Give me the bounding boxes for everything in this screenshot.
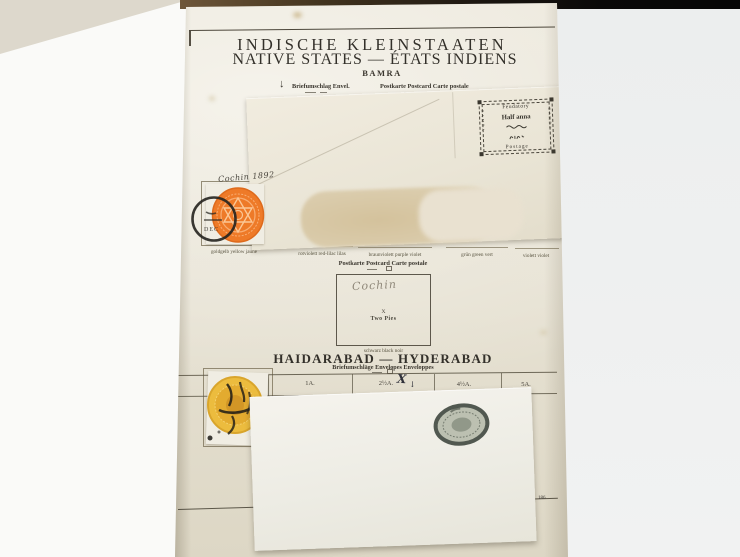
stamp-box-text: Feudatory Half anna Postage (486, 103, 548, 151)
color-caption: braunviolett purple violet (355, 252, 435, 258)
card-value-label: Two Pies (336, 316, 431, 322)
stamp-box-side-text: BAMRA (480, 110, 485, 133)
color-caption: rotviolett red-lilac lilas (287, 251, 357, 257)
stamp-box-line2: Half anna (502, 113, 531, 121)
handwritten-x-mark: X (397, 372, 407, 387)
stamp-box-bottom-line (446, 247, 508, 248)
stamp-box-bottom-line (358, 247, 432, 248)
printed-stamp-box: BAMRA BAMRA Feudatory Half anna Postage (478, 98, 554, 155)
frame-corner (477, 100, 481, 104)
color-caption: goldgelb yellow jaune (198, 249, 270, 255)
section-title-bamra: BAMRA (312, 68, 452, 78)
frame-corner (551, 149, 555, 153)
postcard-column-label: Postkarte Postcard Carte postale (380, 83, 469, 90)
year-mark (320, 92, 327, 93)
foxing-spot (293, 12, 302, 18)
embossed-oval-seal (430, 398, 494, 452)
page-number: 186 (538, 496, 546, 501)
color-caption: violett violet (508, 253, 564, 259)
stain-blotch-light (418, 187, 524, 243)
foxing-spot (209, 96, 215, 101)
page-title-translated: NATIVE STATES — ÉTATS INDIENS (215, 51, 535, 69)
album-page-photo: INDISCHE KLEINSTAATEN NATIVE STATES — ÉT… (0, 0, 740, 557)
color-caption: grün green vert (441, 252, 513, 258)
stamp-box-side-text: BAMRA (547, 107, 552, 130)
background-left (0, 0, 188, 557)
year-mark (367, 269, 377, 270)
card-value-mark: X (336, 309, 431, 315)
denomination-cell: 4½A. (442, 381, 486, 388)
frame-corner (479, 152, 483, 156)
native-script-icon (508, 133, 526, 141)
postcard-section-heading: Postkarte Postcard Carte postale (323, 260, 443, 267)
hyderabad-subtitle: Briefumschläge Envelopes Enveloppes (283, 364, 483, 371)
envelope-crease (452, 92, 456, 158)
table-divider (352, 374, 353, 395)
foxing-spot (540, 330, 547, 335)
stamp-box-bottom-line (515, 248, 559, 249)
top-rule (189, 26, 555, 31)
postmark-date-text: DEC (204, 227, 219, 233)
arrow-down-icon: ↓ (279, 78, 285, 90)
handwritten-pencil-note: Cochin (352, 278, 398, 293)
stamp-box-line1: Feudatory (502, 103, 529, 110)
year-mark (305, 92, 316, 93)
year-box-mark (386, 266, 392, 271)
denomination-cell: 1A. (288, 380, 332, 387)
handwritten-arrow-mark: ↓ (409, 380, 416, 389)
table-divider (268, 375, 269, 396)
envelope-column-label: Briefumschlag Envel. (292, 83, 350, 90)
postmark-cancel: DEC (189, 195, 241, 243)
squiggle-ornament-icon (505, 123, 527, 130)
top-rule-tick (189, 31, 191, 46)
frame-corner (549, 97, 553, 101)
stamp-box-line3: Postage (506, 143, 529, 150)
hyderabad-envelope (249, 387, 536, 551)
background-right (556, 0, 740, 557)
